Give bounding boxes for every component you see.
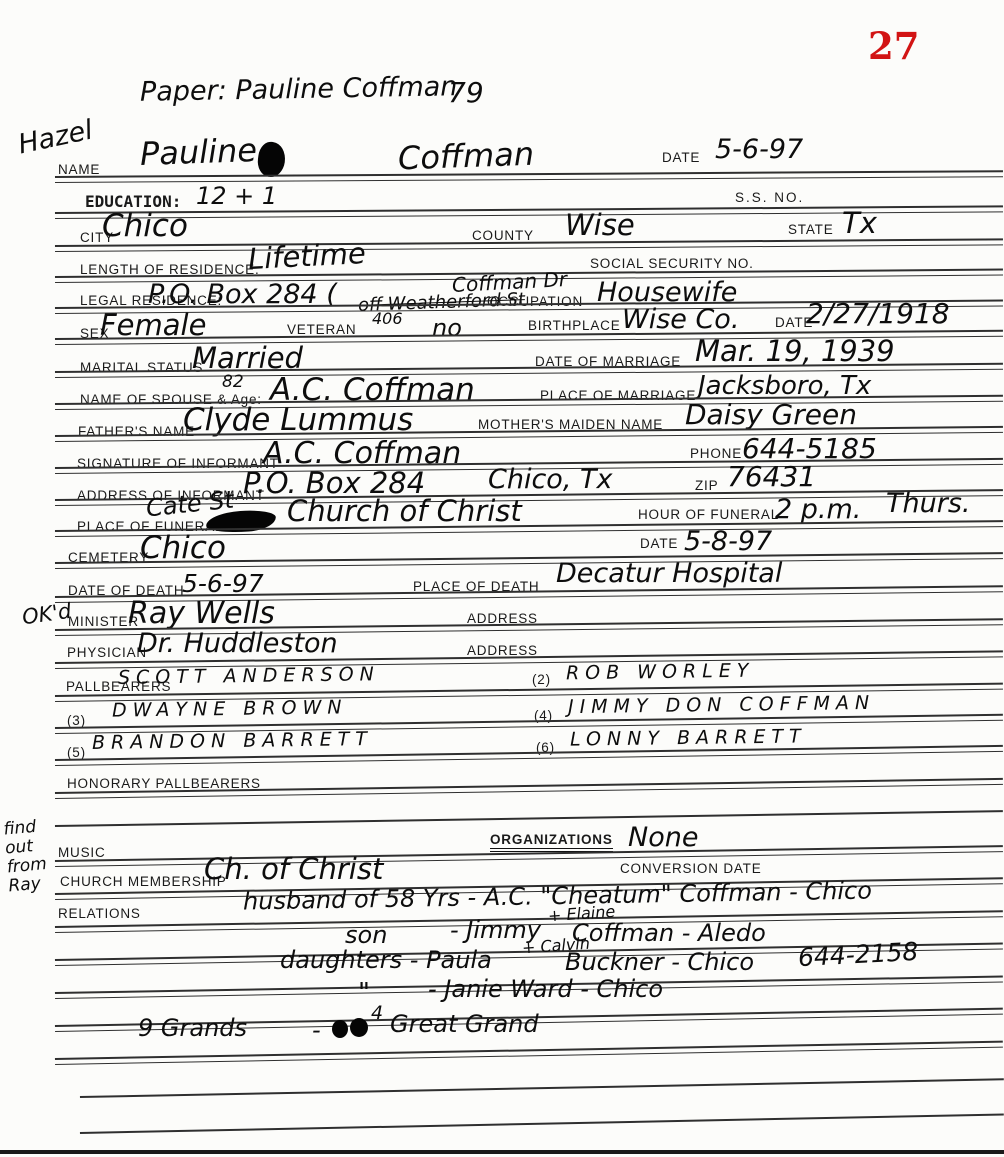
label-name: NAME bbox=[58, 162, 100, 177]
entry-pallbearer-6: LONNY BARRETT bbox=[570, 727, 807, 750]
entry-relations-4-text: - Janie Ward - Chico bbox=[428, 977, 663, 1002]
entry-pallbearer-3: DWAYNE BROWN bbox=[112, 698, 348, 721]
scan-bottom-edge bbox=[0, 1150, 1004, 1154]
entry-church-membership: Ch. of Christ bbox=[204, 854, 383, 884]
entry-date: 5-6-97 bbox=[715, 136, 803, 164]
label-zip: ZIP bbox=[695, 478, 718, 493]
label-state: STATE bbox=[788, 222, 834, 237]
entry-relations-3-post: Buckner - Chico bbox=[565, 950, 754, 975]
label-physician: PHYSICIAN bbox=[67, 645, 147, 660]
ruled-line bbox=[55, 810, 1003, 831]
label-conversion-date: CONVERSION DATE bbox=[620, 861, 762, 876]
ink-blot bbox=[332, 1020, 348, 1038]
entry-relations-4-ditto: " bbox=[358, 980, 370, 1007]
entry-state: Tx bbox=[842, 208, 877, 238]
entry-legal-insert-number: 406 bbox=[372, 311, 403, 328]
margin-note-okd: OK'd bbox=[21, 600, 73, 629]
entry-date-of-marriage: Mar. 19, 1939 bbox=[695, 336, 895, 366]
label-social-security-no: SOCIAL SECURITY NO. bbox=[590, 256, 754, 271]
entry-county: Wise bbox=[565, 210, 635, 240]
scanned-form-page: 27 Paper: Pauline Coffman 79 Hazel NAME … bbox=[0, 0, 1004, 1157]
entry-zip: 76431 bbox=[727, 462, 816, 491]
entry-relations-5-post: Great Grand bbox=[390, 1012, 539, 1037]
entry-relations-5-dash: - bbox=[312, 1018, 321, 1043]
entry-funeral-hour: 2 p.m. bbox=[775, 496, 861, 524]
label-organizations: ORGANIZATIONS bbox=[490, 832, 613, 852]
margin-note-hazel: Hazel bbox=[16, 116, 95, 159]
entry-relations-5-pre: 9 Grands bbox=[138, 1016, 247, 1041]
entry-city: Chico bbox=[102, 210, 188, 243]
ink-blot bbox=[350, 1018, 368, 1037]
entry-length-of-residence: Lifetime bbox=[247, 238, 366, 275]
label-pallbearer-2: (2) bbox=[532, 672, 551, 687]
entry-birth-date: 2/27/1918 bbox=[806, 299, 950, 328]
label-hour-of-funeral: HOUR OF FUNERAL bbox=[638, 507, 779, 522]
entry-pallbearer-5: BRANDON BARRETT bbox=[92, 730, 373, 754]
label-church-membership: CHURCH MEMBERSHIP bbox=[60, 874, 227, 889]
entry-physician: Dr. Huddleston bbox=[137, 630, 338, 658]
entry-funeral-day: Thurs. bbox=[886, 490, 970, 518]
label-cemetery-date: DATE bbox=[640, 536, 678, 551]
entry-minister: Ray Wells bbox=[128, 598, 275, 630]
entry-pallbearer-2: ROB WORLEY bbox=[566, 662, 755, 685]
label-birthplace: BIRTHPLACE bbox=[528, 318, 621, 333]
entry-name-last: Coffman bbox=[397, 138, 534, 176]
header-note: Paper: Pauline Coffman bbox=[140, 73, 458, 107]
entry-organizations: None bbox=[628, 824, 698, 852]
entry-relations-2-pre: son bbox=[345, 923, 387, 948]
entry-pallbearer-4: JIMMY DON COFFMAN bbox=[568, 694, 875, 718]
header-age: 79 bbox=[448, 78, 484, 107]
entry-education: 12 + 1 bbox=[196, 184, 277, 209]
label-music: MUSIC bbox=[58, 845, 106, 860]
label-phone: PHONE bbox=[690, 446, 742, 461]
entry-cemetery-date: 5-8-97 bbox=[684, 528, 772, 556]
entry-spouse-age: 82 bbox=[222, 374, 244, 392]
entry-name-first: Pauline bbox=[139, 134, 257, 172]
entry-relations-2-post: Coffman - Aledo bbox=[572, 921, 766, 946]
entry-birthplace: Wise Co. bbox=[622, 306, 739, 334]
ruled-line bbox=[80, 1078, 1004, 1102]
entry-relations-3-pre: daughters - Paula bbox=[280, 948, 492, 973]
label-relations: RELATIONS bbox=[58, 906, 141, 921]
label-date: DATE bbox=[662, 150, 700, 165]
entry-funeral-place: Church of Christ bbox=[287, 496, 522, 526]
entry-place-of-death: Decatur Hospital bbox=[556, 560, 782, 588]
entry-pallbearer-1: SCOTT ANDERSON bbox=[118, 665, 380, 689]
entry-mothers-maiden-name: Daisy Green bbox=[685, 400, 857, 429]
label-ss-no: S.S. NO. bbox=[735, 190, 804, 205]
entry-relations-3-phone: 644-2158 bbox=[797, 939, 919, 972]
ink-blot bbox=[256, 140, 288, 178]
entry-informant-city: Chico, Tx bbox=[488, 466, 612, 494]
ruled-line bbox=[55, 1041, 1003, 1065]
ruled-line bbox=[80, 1113, 1004, 1138]
entry-relations-5-sup: 4 bbox=[371, 1004, 383, 1024]
page-number: 27 bbox=[868, 24, 920, 68]
